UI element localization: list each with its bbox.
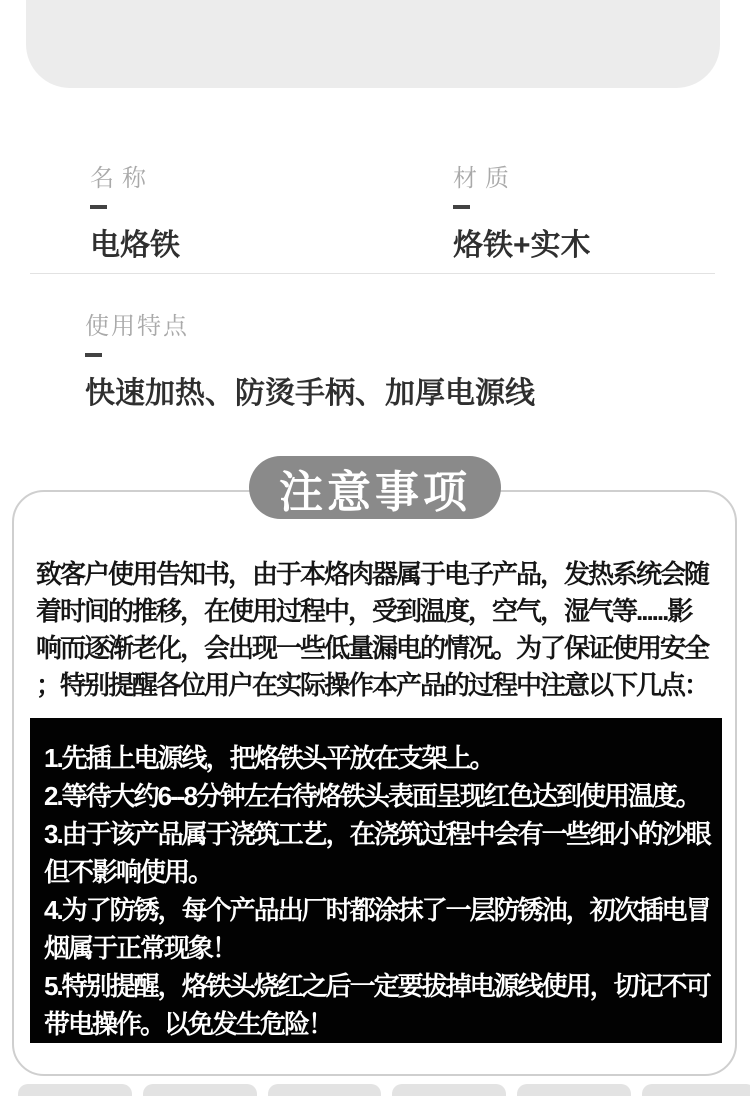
thumbnail-top xyxy=(642,1084,750,1096)
hero-image-area xyxy=(26,0,720,88)
thumbnail-top xyxy=(143,1084,257,1096)
thumbnail-top xyxy=(392,1084,506,1096)
section-divider xyxy=(30,273,715,274)
product-detail-page: { "colors": { "hero_bg": "#ececec", "bad… xyxy=(0,0,750,1096)
warning-panel: 1.先插上电源线，把烙铁头平放在支架上。2.等待大约6--8分钟左右待烙铁头表面… xyxy=(30,718,722,1043)
thumbnail-top xyxy=(18,1084,132,1096)
text-line: 5.特别提醒，烙铁头烧红之后一定要拔掉电源线使用，切记不可 xyxy=(44,967,722,1005)
text-line: 但不影响使用。 xyxy=(44,853,722,891)
spec-features-label: 使用特点 xyxy=(85,306,535,341)
thumbnail-strip xyxy=(18,1084,750,1096)
spec-material: 材质 烙铁+实木 xyxy=(453,158,591,264)
text-line: 致客户使用告知书，由于本烙肉器属于电子产品，发热系统会随 xyxy=(36,556,728,593)
text-line: 响而逐渐老化，会出现一些低量漏电的情况。为了保证使用安全 xyxy=(36,630,728,667)
spec-material-value: 烙铁+实木 xyxy=(453,220,591,264)
notice-box: 致客户使用告知书，由于本烙肉器属于电子产品，发热系统会随着时间的推移，在使用过程… xyxy=(12,490,737,1076)
spec-name: 名称 电烙铁 xyxy=(90,158,180,264)
text-line: 烟属于正常现象！ xyxy=(44,929,722,967)
thumbnail-top xyxy=(517,1084,631,1096)
notice-badge-label: 注意事项 xyxy=(279,456,471,520)
dash-divider xyxy=(90,205,107,209)
text-line: 4.为了防锈，每个产品出厂时都涂抹了一层防锈油，初次插电冒 xyxy=(44,891,722,929)
text-line: ；特别提醒各位用户在实际操作本产品的过程中注意以下几点： xyxy=(36,667,728,704)
spec-features: 使用特点 快速加热、防烫手柄、加厚电源线 xyxy=(85,306,535,412)
text-line: 带电操作。以免发生危险！ xyxy=(44,1005,722,1043)
spec-features-value: 快速加热、防烫手柄、加厚电源线 xyxy=(85,368,535,412)
notice-intro-paragraph: 致客户使用告知书，由于本烙肉器属于电子产品，发热系统会随着时间的推移，在使用过程… xyxy=(36,556,728,704)
spec-name-label: 名称 xyxy=(90,158,180,193)
text-line: 3.由于该产品属于浇筑工艺，在浇筑过程中会有一些细小的沙眼 xyxy=(44,815,722,853)
notice-badge: 注意事项 xyxy=(249,456,501,519)
dash-divider xyxy=(85,353,102,357)
thumbnail-top xyxy=(268,1084,382,1096)
text-line: 2.等待大约6--8分钟左右待烙铁头表面呈现红色达到使用温度。 xyxy=(44,777,722,815)
dash-divider xyxy=(453,205,470,209)
spec-material-label: 材质 xyxy=(453,158,591,193)
text-line: 1.先插上电源线，把烙铁头平放在支架上。 xyxy=(44,739,722,777)
spec-name-value: 电烙铁 xyxy=(90,220,180,264)
text-line: 着时间的推移，在使用过程中，受到温度，空气，湿气等......影 xyxy=(36,593,728,630)
